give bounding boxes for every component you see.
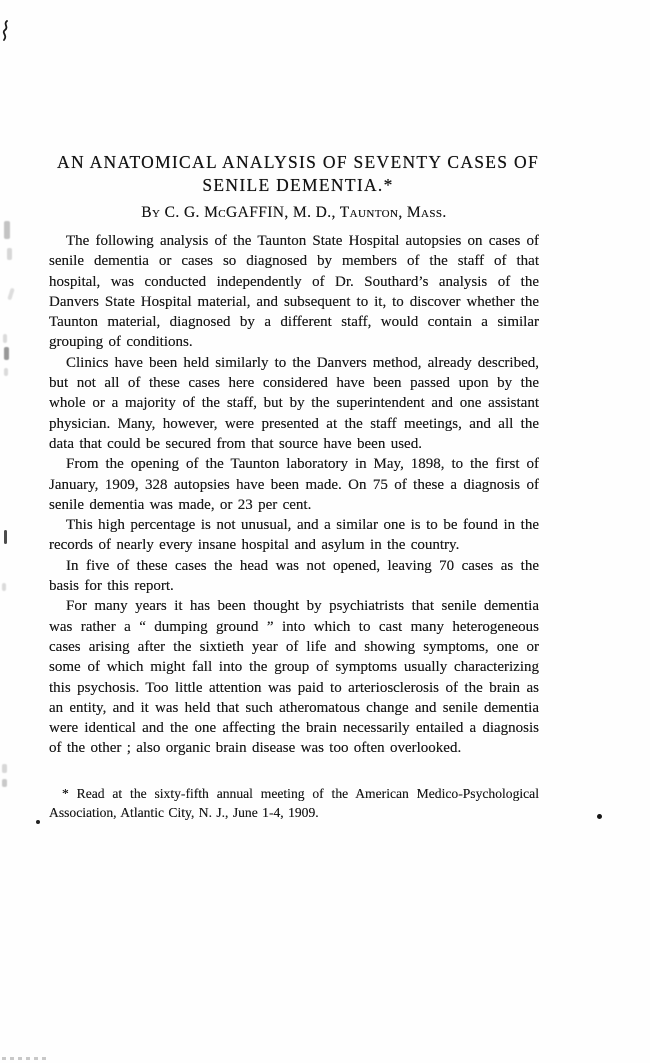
paragraph: This high percentage is not unusual, and… (49, 515, 539, 556)
paragraph: The following analysis of the Taunton St… (49, 231, 539, 353)
paragraph: Clinics have been held similarly to the … (49, 353, 539, 454)
ink-smudge-mark (7, 288, 15, 301)
article: AN ANATOMICAL ANALYSIS OF SEVENTY CASES … (49, 151, 539, 822)
title-line-1: AN ANATOMICAL ANALYSIS OF SEVENTY CASES … (57, 151, 539, 174)
paragraph: For many years it has been thought by ps… (49, 596, 539, 758)
paragraph: In five of these cases the head was not … (49, 556, 539, 597)
ink-smudge-mark (2, 779, 7, 787)
ink-dot-mark (36, 820, 40, 824)
scanned-paper-page: AN ANATOMICAL ANALYSIS OF SEVENTY CASES … (0, 0, 650, 1063)
ink-smudge-mark (4, 347, 9, 360)
ink-smudge-mark (2, 764, 7, 773)
footnote: * Read at the sixty-fifth annual meeting… (49, 784, 539, 822)
article-body: The following analysis of the Taunton St… (49, 231, 539, 759)
byline: By C. G. McGAFFIN, M. D., Taunton, Mass. (49, 204, 539, 222)
ink-dash-mark (4, 530, 7, 544)
ink-squiggle-mark (0, 20, 12, 42)
ink-smudge-mark (7, 248, 12, 260)
paragraph: From the opening of the Taunton laborato… (49, 454, 539, 515)
ink-specks-mark (2, 1057, 48, 1060)
title-line-2: SENILE DEMENTIA.* (57, 174, 539, 197)
ink-smudge-mark (4, 368, 8, 376)
ink-smudge-mark (2, 583, 6, 591)
ink-dot-mark (597, 814, 602, 819)
article-title: AN ANATOMICAL ANALYSIS OF SEVENTY CASES … (57, 151, 539, 197)
ink-smudge-mark (3, 334, 7, 343)
ink-smudge-mark (4, 221, 10, 239)
